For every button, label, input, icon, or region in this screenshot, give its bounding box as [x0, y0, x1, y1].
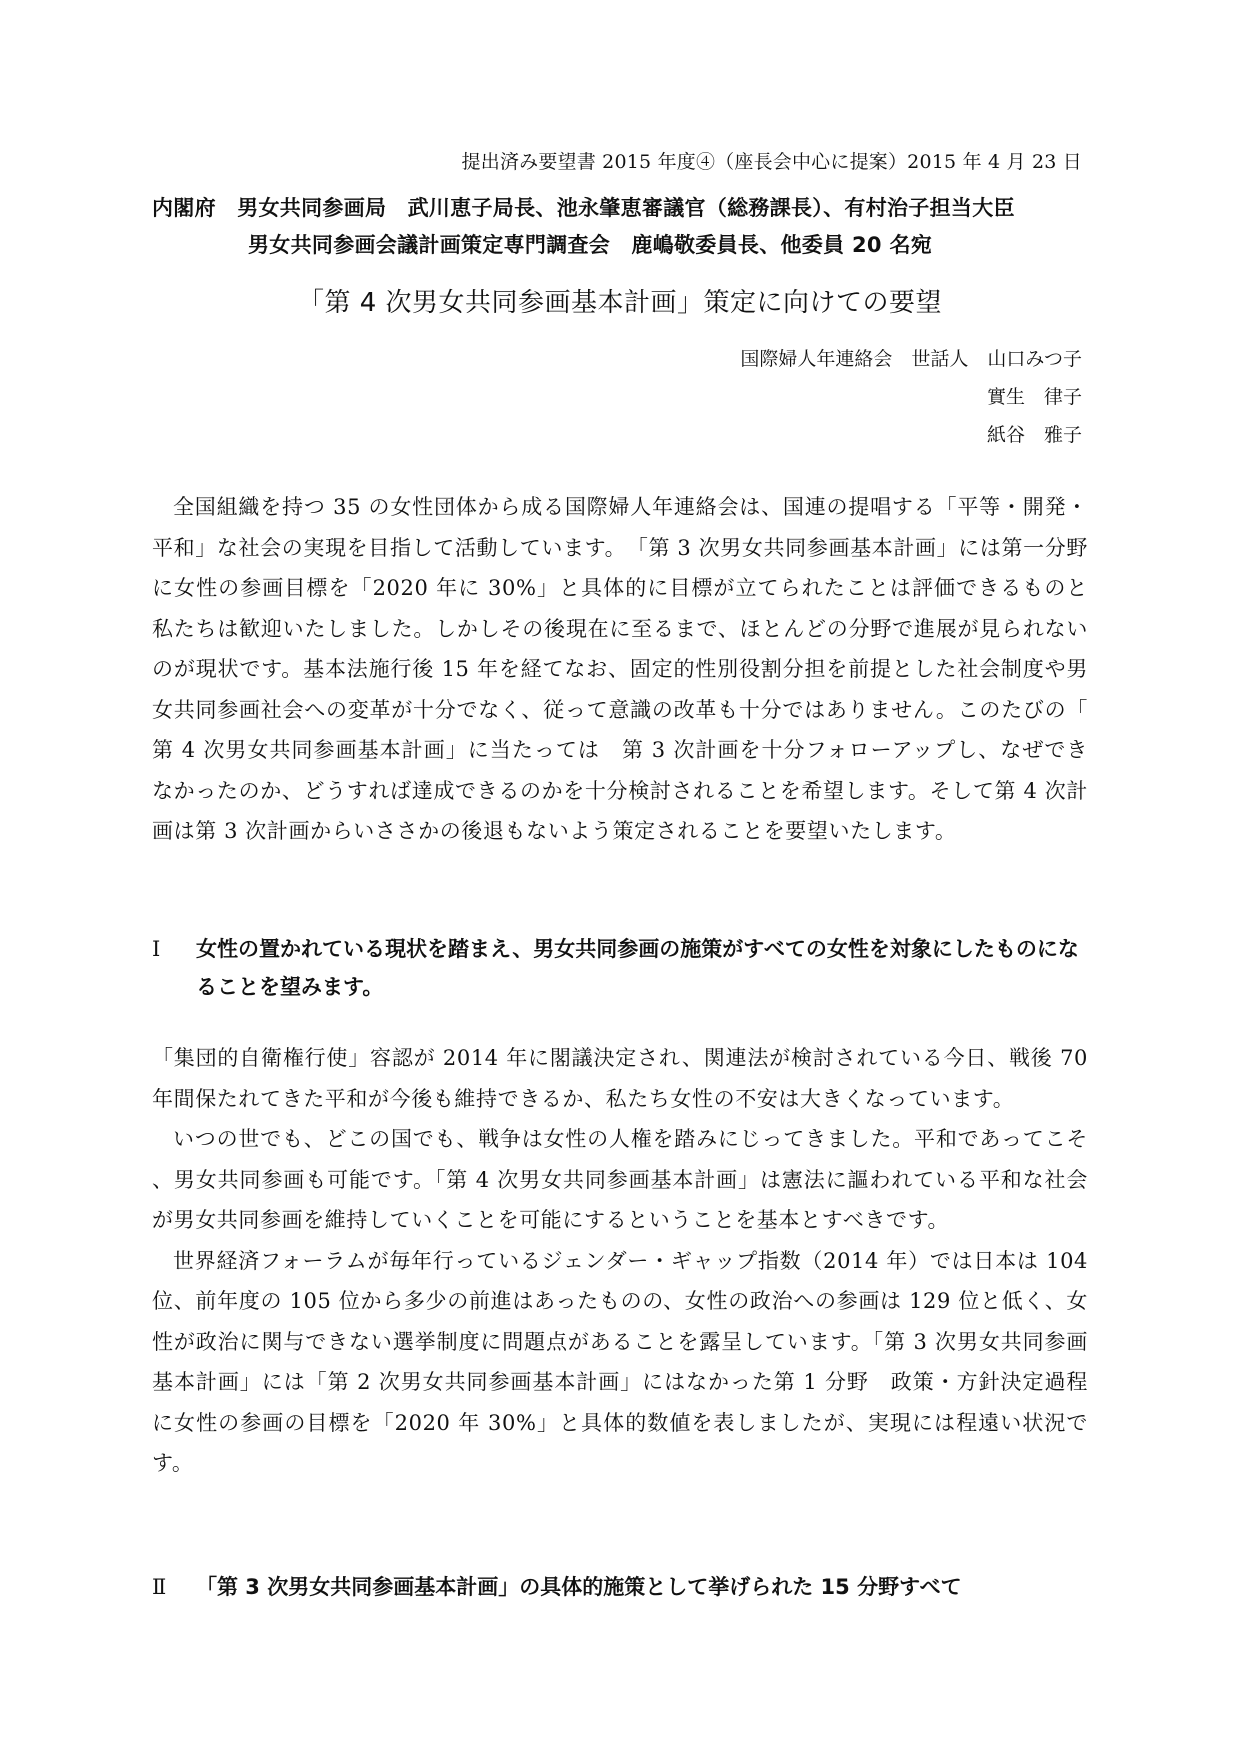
section-1-body: 「集団的自衛権行使」容認が 2014 年に閣議決定され、関連法が検討されている今… — [152, 1038, 1088, 1484]
author-line-3: 紙谷 雅子 — [740, 416, 1082, 454]
addressee-line-2: 男女共同参画会議計画策定専門調査会 鹿嶋敬委員長、他委員 20 名宛 — [248, 229, 932, 259]
section-1-paragraph-3: 世界経済フォーラムが毎年行っているジェンダー・ギャップ指数（2014 年）では日… — [152, 1241, 1088, 1484]
intro-paragraph-block: 全国組織を持つ 35 の女性団体から成る国際婦人年連絡会は、国連の提唱する「平等… — [152, 487, 1088, 852]
section-2-heading: Ⅱ「第 3 次男女共同参画基本計画」の具体的施策として挙げられた 15 分野すべ… — [152, 1568, 1092, 1606]
author-line-1: 国際婦人年連絡会 世話人 山口みつ子 — [740, 340, 1082, 378]
submission-date-line: 提出済み要望書 2015 年度④（座長会中心に提案）2015 年 4 月 23 … — [462, 147, 1082, 174]
document-title: 「第 4 次男女共同参画基本計画」策定に向けての要望 — [0, 282, 1240, 319]
document-page: 提出済み要望書 2015 年度④（座長会中心に提案）2015 年 4 月 23 … — [0, 0, 1240, 1754]
intro-paragraph: 全国組織を持つ 35 の女性団体から成る国際婦人年連絡会は、国連の提唱する「平等… — [152, 487, 1088, 852]
author-block: 国際婦人年連絡会 世話人 山口みつ子 實生 律子 紙谷 雅子 — [740, 340, 1082, 454]
section-2-number: Ⅱ — [152, 1568, 196, 1606]
author-line-2: 實生 律子 — [740, 378, 1082, 416]
section-1-number: Ⅰ — [152, 930, 196, 968]
section-1-paragraph-2: いつの世でも、どこの国でも、戦争は女性の人権を踏みにじってきました。平和であって… — [152, 1119, 1088, 1241]
section-1-heading: Ⅰ女性の置かれている現状を踏まえ、男女共同参画の施策がすべての女性を対象にしたも… — [152, 930, 1092, 1006]
section-1-heading-text: 女性の置かれている現状を踏まえ、男女共同参画の施策がすべての女性を対象にしたもの… — [196, 930, 1086, 1006]
section-1-paragraph-1: 「集団的自衛権行使」容認が 2014 年に閣議決定され、関連法が検討されている今… — [152, 1038, 1088, 1119]
section-2-heading-text: 「第 3 次男女共同参画基本計画」の具体的施策として挙げられた 15 分野すべて — [196, 1568, 1086, 1606]
addressee-line-1: 内閣府 男女共同参画局 武川恵子局長、池永肇恵審議官（総務課長）、有村治子担当大… — [152, 192, 1015, 222]
